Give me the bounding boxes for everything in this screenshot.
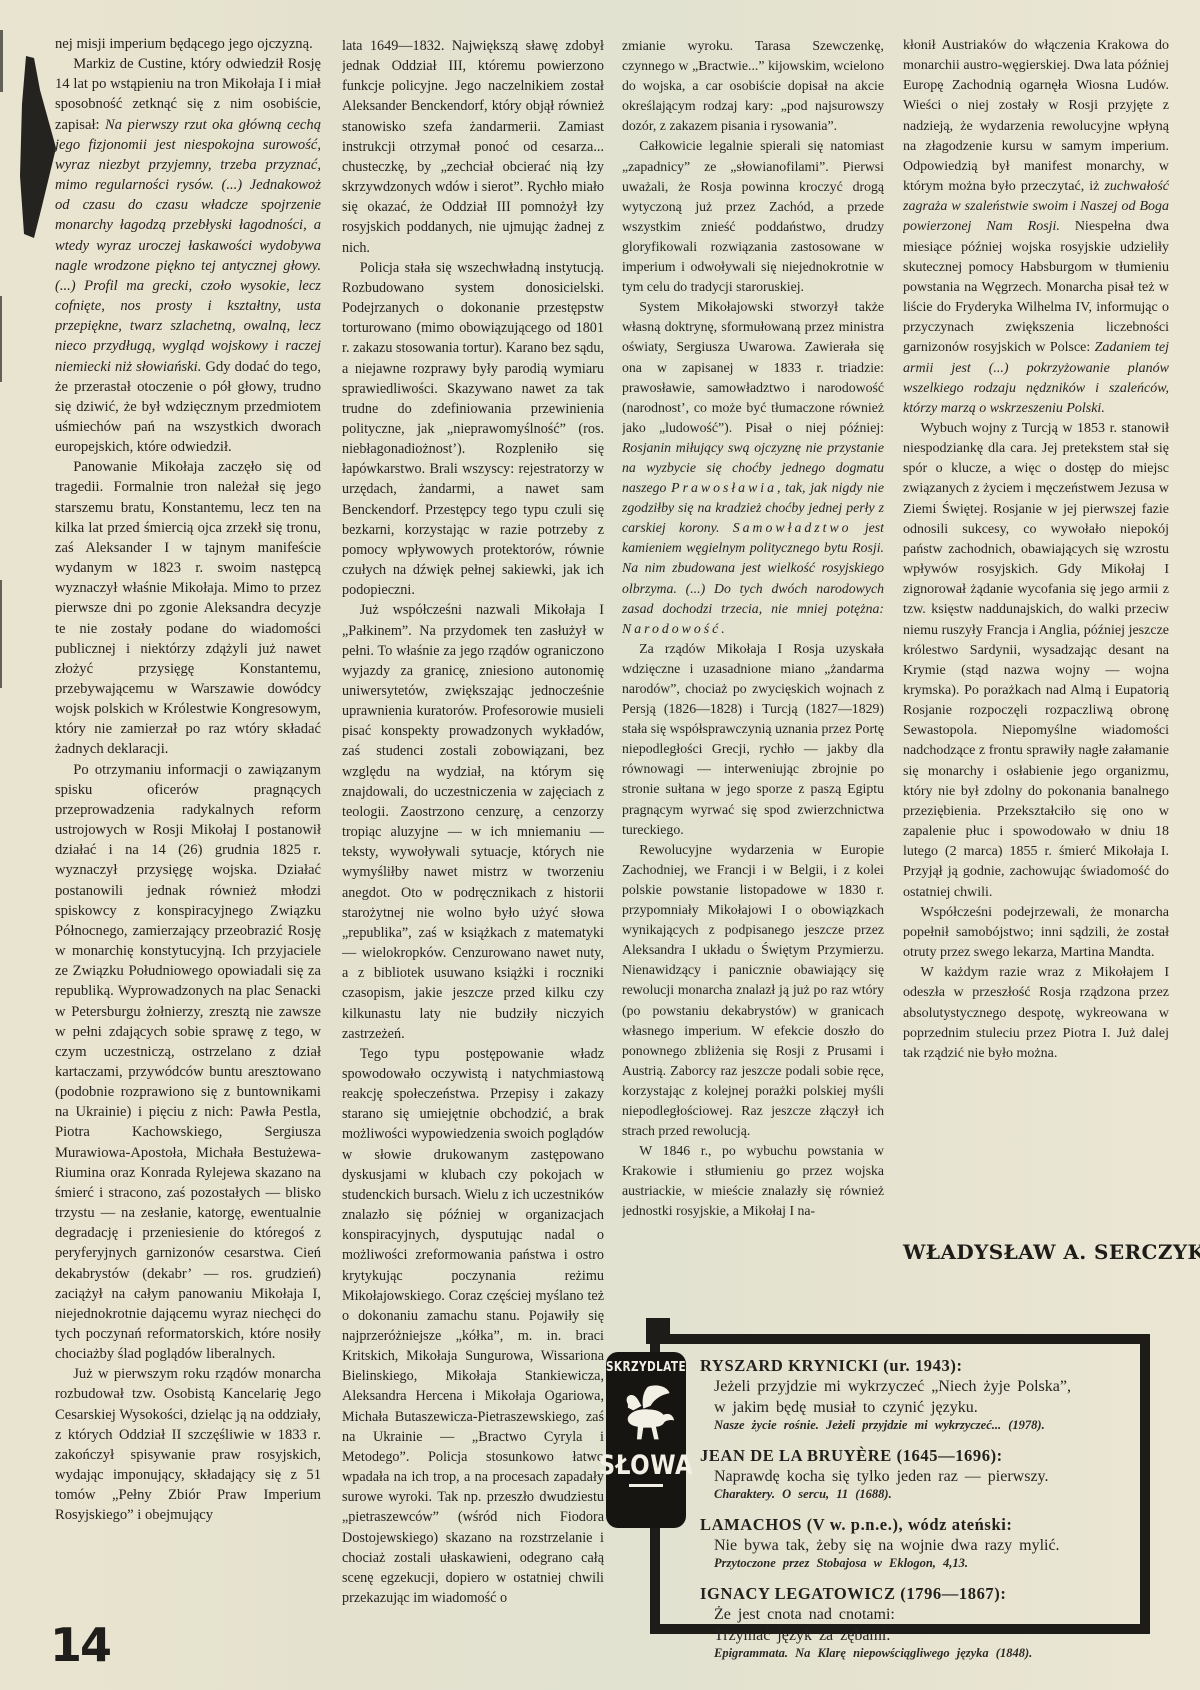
- quote-author: RYSZARD KRYNICKI (ur. 1943):: [700, 1356, 1146, 1376]
- magazine-page: nej misji imperium będącego jego ojczyzn…: [0, 0, 1200, 1690]
- paragraph: Za rządów Mikołaja I Rosja uzyskała wdzi…: [622, 639, 884, 840]
- quote-entry: JEAN DE LA BRUYÈRE (1645—1696):Naprawdę …: [700, 1446, 1146, 1502]
- paragraph: lata 1649—1832. Największą sławę zdobył …: [342, 36, 604, 258]
- paragraph: W każdym razie wraz z Mikołajem I odeszł…: [903, 963, 1169, 1064]
- quote-line: Trzymać język za zębami.: [714, 1625, 1146, 1646]
- quote-line: Jeżeli przyjdzie mi wykrzyczeć „Niech ży…: [714, 1376, 1146, 1397]
- paragraph: System Mikołajowski stworzył także własn…: [622, 297, 884, 639]
- quote-source: Nasze życie rośnie. Jeżeli przyjdzie mi …: [714, 1418, 1146, 1433]
- text-column-2: lata 1649—1832. Największą sławę zdobył …: [342, 36, 604, 1632]
- page-edge-mark: [0, 30, 3, 92]
- article-author: WŁADYSŁAW A. SERCZYK: [903, 1240, 1173, 1264]
- paragraph: Współcześni podejrzewali, że monarcha po…: [903, 903, 1169, 963]
- quote-line: Że jest cnota nad cnotami:: [714, 1604, 1146, 1625]
- badge-title-bottom: SŁOWA: [599, 1451, 694, 1481]
- paragraph: Po otrzymaniu informacji o zawiązanym sp…: [55, 760, 321, 1365]
- margin-arrow-icon: [12, 56, 60, 240]
- quote-entry: LAMACHOS (V w. p.n.e.), wódz ateński:Nie…: [700, 1515, 1146, 1571]
- paragraph: Markiz de Custine, który odwiedził Rosję…: [55, 54, 321, 457]
- paragraph: Panowanie Mikołaja zaczęło się od traged…: [55, 457, 321, 759]
- page-edge-mark: [0, 296, 2, 382]
- badge-underline: [629, 1484, 663, 1487]
- page-edge-mark: [0, 580, 2, 688]
- pegasus-icon: [617, 1377, 675, 1451]
- quote-entry: IGNACY LEGATOWICZ (1796—1867):Że jest cn…: [700, 1584, 1146, 1661]
- quote-source: Charaktery. O sercu, 11 (1688).: [714, 1487, 1146, 1502]
- quote-line: Naprawdę kocha się tylko jeden raz — pie…: [714, 1466, 1146, 1487]
- text-column-4: kłonił Austriaków do włączenia Krakowa d…: [903, 36, 1169, 1236]
- paragraph: Wybuch wojny z Turcją w 1853 r. stanowił…: [903, 419, 1169, 903]
- quote-source: Epigrammata. Na Klarę niepowściągliwego …: [714, 1646, 1146, 1661]
- text-column-1: nej misji imperium będącego jego ojczyzn…: [55, 34, 321, 1646]
- quote-author: JEAN DE LA BRUYÈRE (1645—1696):: [700, 1446, 1146, 1466]
- paragraph: Policja stała się wszechwładną instytucj…: [342, 258, 604, 601]
- paragraph: kłonił Austriaków do włączenia Krakowa d…: [903, 36, 1169, 419]
- paragraph: W 1846 r., po wybuchu powstania w Krakow…: [622, 1141, 884, 1221]
- skrzydlate-slowa-badge: SKRZYDLATE SŁOWA: [606, 1352, 686, 1528]
- page-number: 14: [50, 1618, 110, 1672]
- paragraph: Już współcześni nazwali Mikołaja I „Pałk…: [342, 600, 604, 1043]
- paragraph: nej misji imperium będącego jego ojczyzn…: [55, 34, 321, 54]
- quote-line: Nie bywa tak, żeby się na wojnie dwa raz…: [714, 1535, 1146, 1556]
- quote-source: Przytoczone przez Stobajosa w Eklogon, 4…: [714, 1556, 1146, 1571]
- quote-line: w jakim będę musiał to czynić języku.: [714, 1397, 1146, 1418]
- paragraph: Całkowicie legalnie spierali się natomia…: [622, 136, 884, 297]
- paragraph: zmianie wyroku. Tarasa Szewczenkę, czynn…: [622, 36, 884, 136]
- quote-author: IGNACY LEGATOWICZ (1796—1867):: [700, 1584, 1146, 1604]
- badge-title-top: SKRZYDLATE: [606, 1360, 686, 1375]
- quote-entry: RYSZARD KRYNICKI (ur. 1943):Jeżeli przyj…: [700, 1356, 1146, 1433]
- paragraph: Rewolucyjne wydarzenia w Europie Zachodn…: [622, 840, 884, 1141]
- paragraph: Tego typu postępowanie władz spowodowało…: [342, 1044, 604, 1608]
- quote-author: LAMACHOS (V w. p.n.e.), wódz ateński:: [700, 1515, 1146, 1535]
- text-column-3: zmianie wyroku. Tarasa Szewczenkę, czynn…: [622, 36, 884, 1292]
- quotes-entries: RYSZARD KRYNICKI (ur. 1943):Jeżeli przyj…: [700, 1356, 1146, 1674]
- paragraph: Już w pierwszym roku rządów monarcha roz…: [55, 1364, 321, 1525]
